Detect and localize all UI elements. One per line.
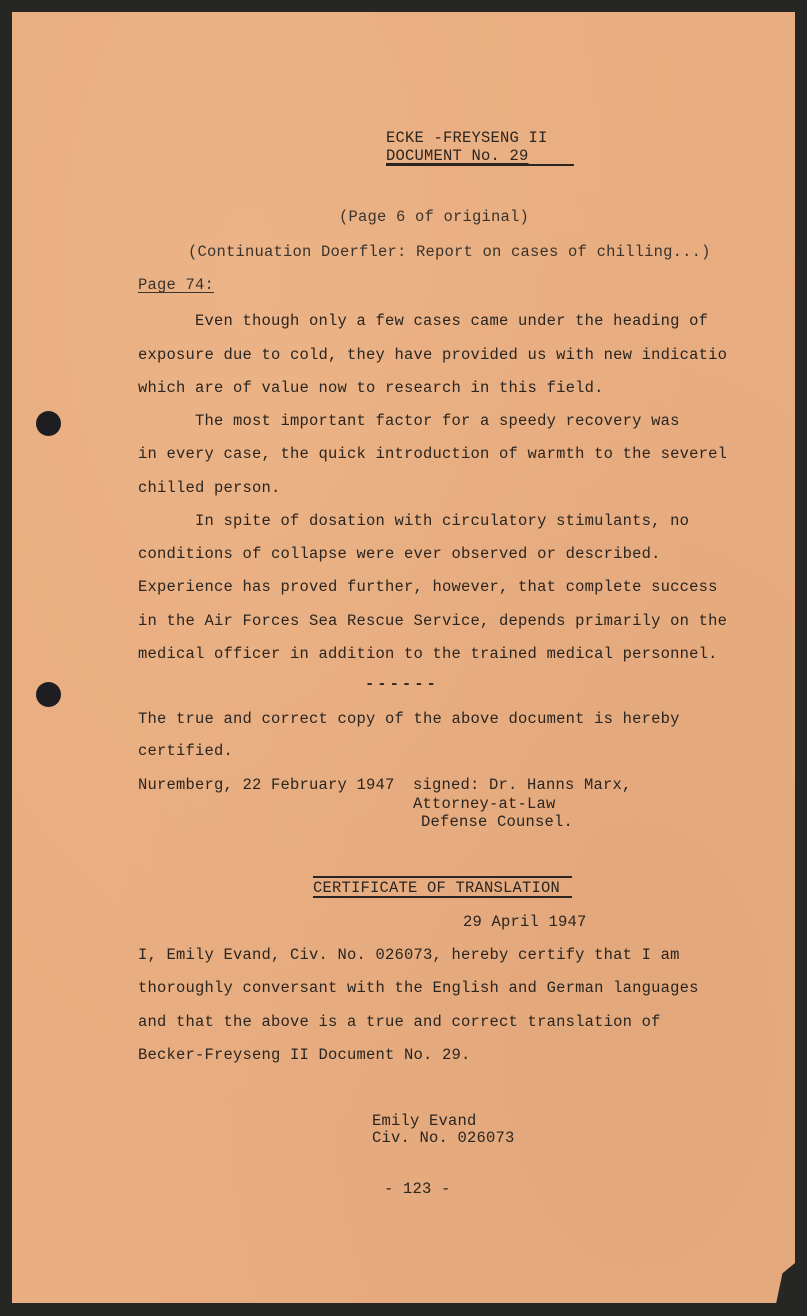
translation-heading-overline [313, 876, 572, 878]
header-underline [386, 164, 574, 166]
section-label: Page 74: [138, 276, 214, 294]
translation-line: and that the above is a true and correct… [138, 1013, 661, 1031]
body-line: in every case, the quick introduction of… [138, 445, 727, 463]
body-line: which are of value now to research in th… [138, 379, 604, 397]
body-line: medical officer in addition to the train… [138, 645, 718, 663]
certification-line: certified. [138, 742, 233, 760]
body-line: conditions of collapse were ever observe… [138, 545, 661, 563]
body-line: The most important factor for a speedy r… [138, 412, 680, 430]
certification-title-attorney: Attorney-at-Law [413, 795, 556, 813]
translation-line: I, Emily Evand, Civ. No. 026073, hereby … [138, 946, 680, 964]
translation-line: Becker-Freyseng II Document No. 29. [138, 1046, 471, 1064]
certification-title-counsel: Defense Counsel. [421, 813, 573, 831]
separator: ------ [365, 675, 439, 693]
translator-name: Emily Evand [372, 1112, 477, 1130]
certification-place-date: Nuremberg, 22 February 1947 [138, 776, 395, 794]
translation-heading-underline [313, 896, 572, 898]
body-line: Even though only a few cases came under … [138, 312, 708, 330]
certification-signed: signed: Dr. Hanns Marx, [413, 776, 632, 794]
translator-civ-no: Civ. No. 026073 [372, 1129, 515, 1147]
page-number: - 123 - [384, 1180, 451, 1198]
translation-heading: CERTIFICATE OF TRANSLATION [313, 879, 560, 897]
document-header-title: ECKE -FREYSENG II [386, 129, 548, 147]
continuation-note: (Continuation Doerfler: Report on cases … [188, 243, 711, 261]
certification-line: The true and correct copy of the above d… [138, 710, 680, 728]
punch-hole-bottom [36, 682, 61, 707]
document-header-number: DOCUMENT No. 29 [386, 147, 529, 165]
body-line: in the Air Forces Sea Rescue Service, de… [138, 612, 727, 630]
translation-date: 29 April 1947 [463, 913, 587, 931]
body-line: In spite of dosation with circulatory st… [138, 512, 689, 530]
punch-hole-top [36, 411, 61, 436]
page-of-original: (Page 6 of original) [339, 208, 529, 226]
body-line: Experience has proved further, however, … [138, 578, 718, 596]
translation-line: thoroughly conversant with the English a… [138, 979, 699, 997]
body-line: exposure due to cold, they have provided… [138, 346, 727, 364]
body-line: chilled person. [138, 479, 281, 497]
